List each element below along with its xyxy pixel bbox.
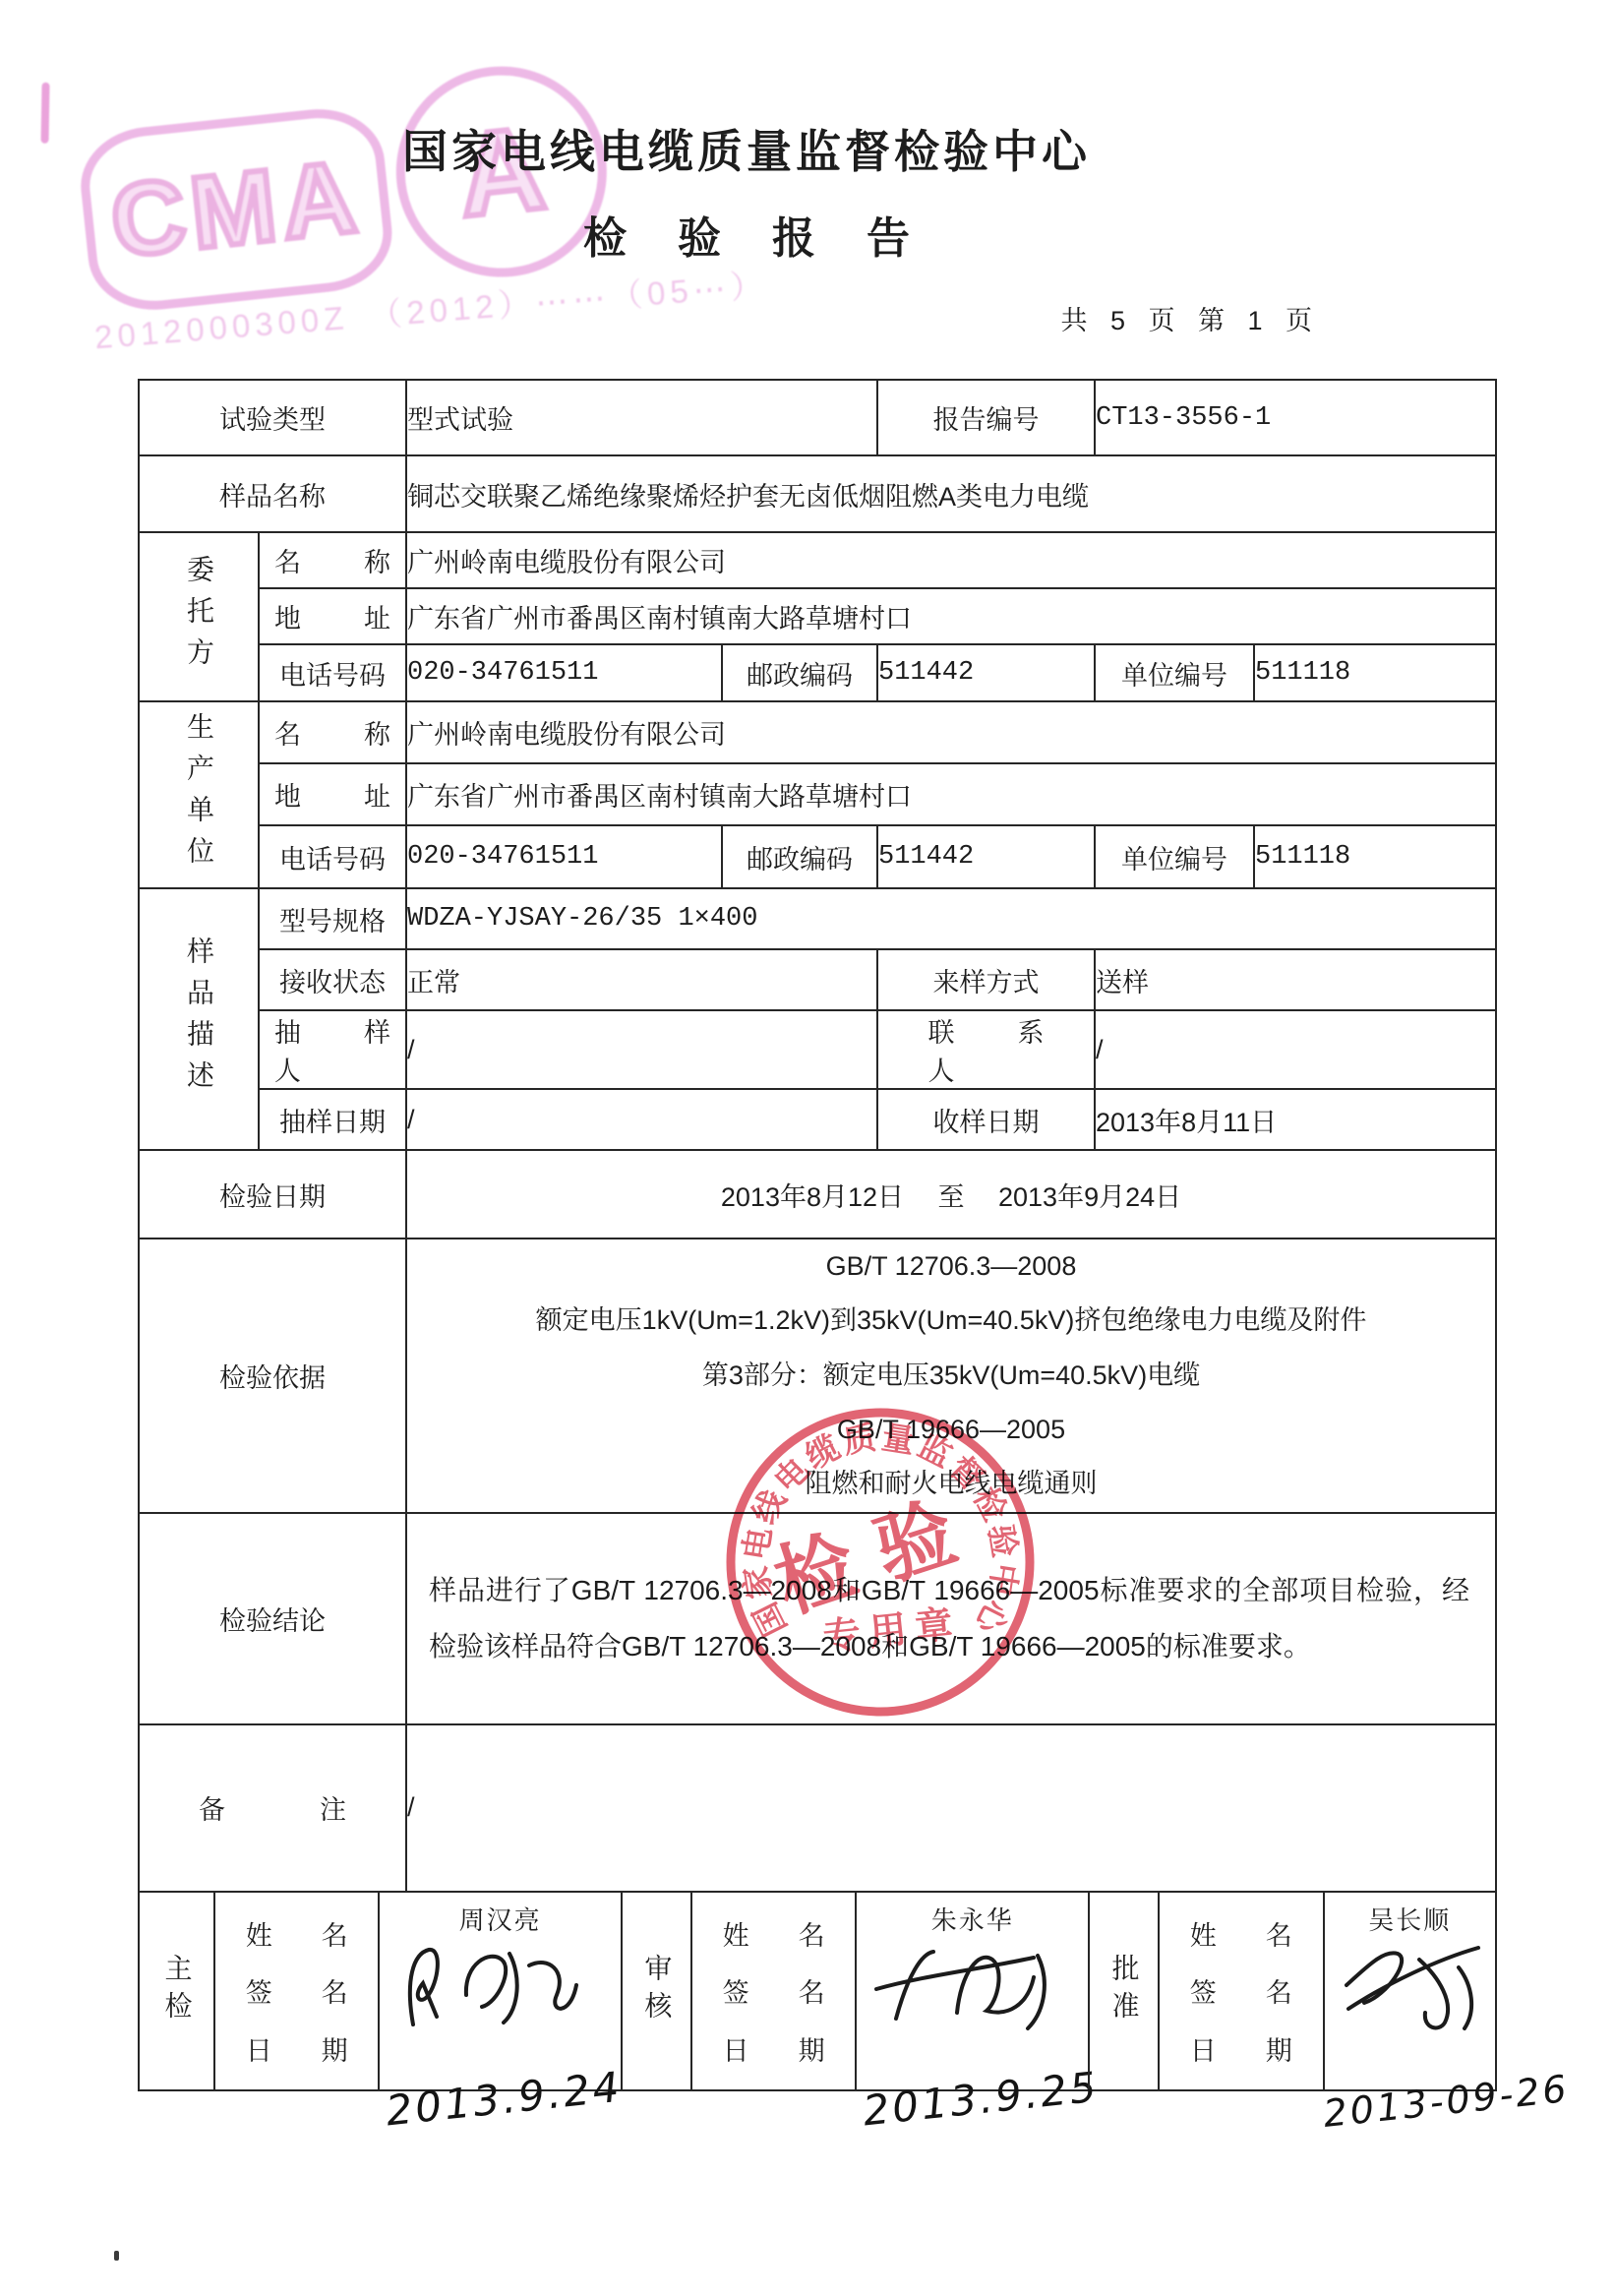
sampling-date-value: / — [406, 1089, 877, 1150]
producer-group-label: 生产单位 — [139, 701, 259, 888]
table-row: 委托方 名 称 广州岭南电缆股份有限公司 — [139, 532, 1496, 588]
client-tel-value: 020-34761511 — [406, 644, 722, 701]
signature-labels: 姓 名 签 名 日 期 — [690, 1893, 856, 2089]
receive-state-value: 正常 — [406, 949, 877, 1010]
table-row: 样品描述 型号规格 WDZA-YJSAY-26/35 1×400 — [139, 888, 1496, 949]
remark-value: / — [406, 1724, 1496, 1892]
signature-scribble — [384, 1926, 616, 2044]
report-page: CMA A 2012000300Z （2012）⋯⋯（05⋯） 国家电线电缆质量… — [0, 0, 1615, 2296]
producer-addr-label: 地 址 — [259, 763, 406, 825]
sampler-value: / — [406, 1010, 877, 1089]
signature-area-approver: 吴长顺 2013-09-26 — [1323, 1893, 1495, 2089]
table-row: 抽样日期 / 收样日期 2013年8月11日 — [139, 1089, 1496, 1150]
report-no-value: CT13-3556-1 — [1095, 380, 1496, 455]
conclusion-label: 检验结论 — [139, 1513, 406, 1724]
sample-method-label: 来样方式 — [877, 949, 1095, 1010]
table-row: 检验日期 2013年8月12日 至 2013年9月24日 — [139, 1150, 1496, 1239]
test-date-value: 2013年8月12日 至 2013年9月24日 — [406, 1150, 1496, 1239]
table-row: 地 址 广东省广州市番禺区南村镇南大路草塘村口 — [139, 588, 1496, 644]
report-no-label: 报告编号 — [877, 380, 1095, 455]
contact-label: 联 系 人 — [877, 1010, 1095, 1089]
handwritten-date: 2013-09-26 — [1321, 2067, 1571, 2136]
client-name-label: 名 称 — [259, 532, 406, 588]
producer-unit-label: 单位编号 — [1095, 825, 1254, 888]
role-reviewer: 审核 — [621, 1893, 690, 2089]
page-count: 共 5 页 第 1 页 — [0, 299, 1615, 337]
signature-scribble — [1329, 1926, 1496, 2044]
report-table: 试验类型 型式试验 报告编号 CT13-3556-1 样品名称 铜芯交联聚乙烯绝… — [138, 379, 1497, 2091]
sample-name-label: 样品名称 — [139, 455, 406, 532]
role-chief-inspector: 主检 — [140, 1893, 213, 2089]
model-label: 型号规格 — [259, 888, 406, 949]
producer-addr-value: 广东省广州市番禺区南村镇南大路草塘村口 — [406, 763, 1496, 825]
receive-date-label: 收样日期 — [877, 1089, 1095, 1150]
client-post-label: 邮政编码 — [722, 644, 877, 701]
producer-name-label: 名 称 — [259, 701, 406, 763]
client-name-value: 广州岭南电缆股份有限公司 — [406, 532, 1496, 588]
receive-state-label: 接收状态 — [259, 949, 406, 1010]
role-approver: 批准 — [1088, 1893, 1158, 2089]
table-row: 备 注 / — [139, 1724, 1496, 1892]
signature-labels: 姓 名 签 名 日 期 — [1158, 1893, 1323, 2089]
producer-name-value: 广州岭南电缆股份有限公司 — [406, 701, 1496, 763]
client-post-value: 511442 — [877, 644, 1095, 701]
report-header: 国家电线电缆质量监督检验中心 检验报告 共 5 页 第 1 页 — [0, 0, 1615, 337]
signature-area-chief: 周汉亮 2013.9.24 — [378, 1893, 620, 2089]
signature-scribble — [861, 1926, 1083, 2044]
test-date-label: 检验日期 — [139, 1150, 406, 1239]
producer-tel-value: 020-34761511 — [406, 825, 722, 888]
client-group-label: 委托方 — [139, 532, 259, 701]
report-subtitle: 检验报告 — [0, 203, 1554, 266]
sample-group-label: 样品描述 — [139, 888, 259, 1150]
sample-name-value: 铜芯交联聚乙烯绝缘聚烯烃护套无卤低烟阻燃A类电力电缆 — [406, 455, 1496, 532]
test-type-value: 型式试验 — [406, 380, 877, 455]
signature-labels: 姓 名 签 名 日 期 — [213, 1893, 379, 2089]
signature-strip: 主检 姓 名 签 名 日 期 周汉亮 — [139, 1892, 1496, 2090]
model-value: WDZA-YJSAY-26/35 1×400 — [406, 888, 1496, 949]
table-row: 生产单位 名 称 广州岭南电缆股份有限公司 — [139, 701, 1496, 763]
table-row: 电话号码 020-34761511 邮政编码 511442 单位编号 51111… — [139, 644, 1496, 701]
client-unit-label: 单位编号 — [1095, 644, 1254, 701]
test-type-label: 试验类型 — [139, 380, 406, 455]
receive-date-value: 2013年8月11日 — [1095, 1089, 1496, 1150]
contact-value: / — [1095, 1010, 1496, 1089]
official-round-stamp: 国家电线电缆质量监督检验中心 检验 专用章 — [700, 1382, 1060, 1742]
table-row: 主检 姓 名 签 名 日 期 周汉亮 — [139, 1892, 1496, 2090]
handwritten-date: 2013.9.25 — [862, 2062, 1103, 2135]
handwritten-date: 2013.9.24 — [385, 2062, 626, 2135]
producer-tel-label: 电话号码 — [259, 825, 406, 888]
table-row: 试验类型 型式试验 报告编号 CT13-3556-1 — [139, 380, 1496, 455]
client-unit-value: 511118 — [1254, 644, 1496, 701]
table-row: 地 址 广东省广州市番禺区南村镇南大路草塘村口 — [139, 763, 1496, 825]
producer-unit-value: 511118 — [1254, 825, 1496, 888]
sampler-label: 抽 样 人 — [259, 1010, 406, 1089]
producer-post-value: 511442 — [877, 825, 1095, 888]
client-addr-value: 广东省广州市番禺区南村镇南大路草塘村口 — [406, 588, 1496, 644]
table-row: 样品名称 铜芯交联聚乙烯绝缘聚烯烃护套无卤低烟阻燃A类电力电缆 — [139, 455, 1496, 532]
signature-area-reviewer: 朱永华 2013.9.25 — [855, 1893, 1088, 2089]
table-row: 抽 样 人 / 联 系 人 / — [139, 1010, 1496, 1089]
basis-label: 检验依据 — [139, 1239, 406, 1513]
remark-label: 备 注 — [139, 1724, 406, 1892]
sampling-date-label: 抽样日期 — [259, 1089, 406, 1150]
client-addr-label: 地 址 — [259, 588, 406, 644]
sample-method-value: 送样 — [1095, 949, 1496, 1010]
client-tel-label: 电话号码 — [259, 644, 406, 701]
table-row: 电话号码 020-34761511 邮政编码 511442 单位编号 51111… — [139, 825, 1496, 888]
scan-artifact-dot — [114, 2251, 119, 2261]
producer-post-label: 邮政编码 — [722, 825, 877, 888]
center-title: 国家电线电缆质量监督检验中心 — [0, 116, 1554, 181]
table-row: 接收状态 正常 来样方式 送样 — [139, 949, 1496, 1010]
